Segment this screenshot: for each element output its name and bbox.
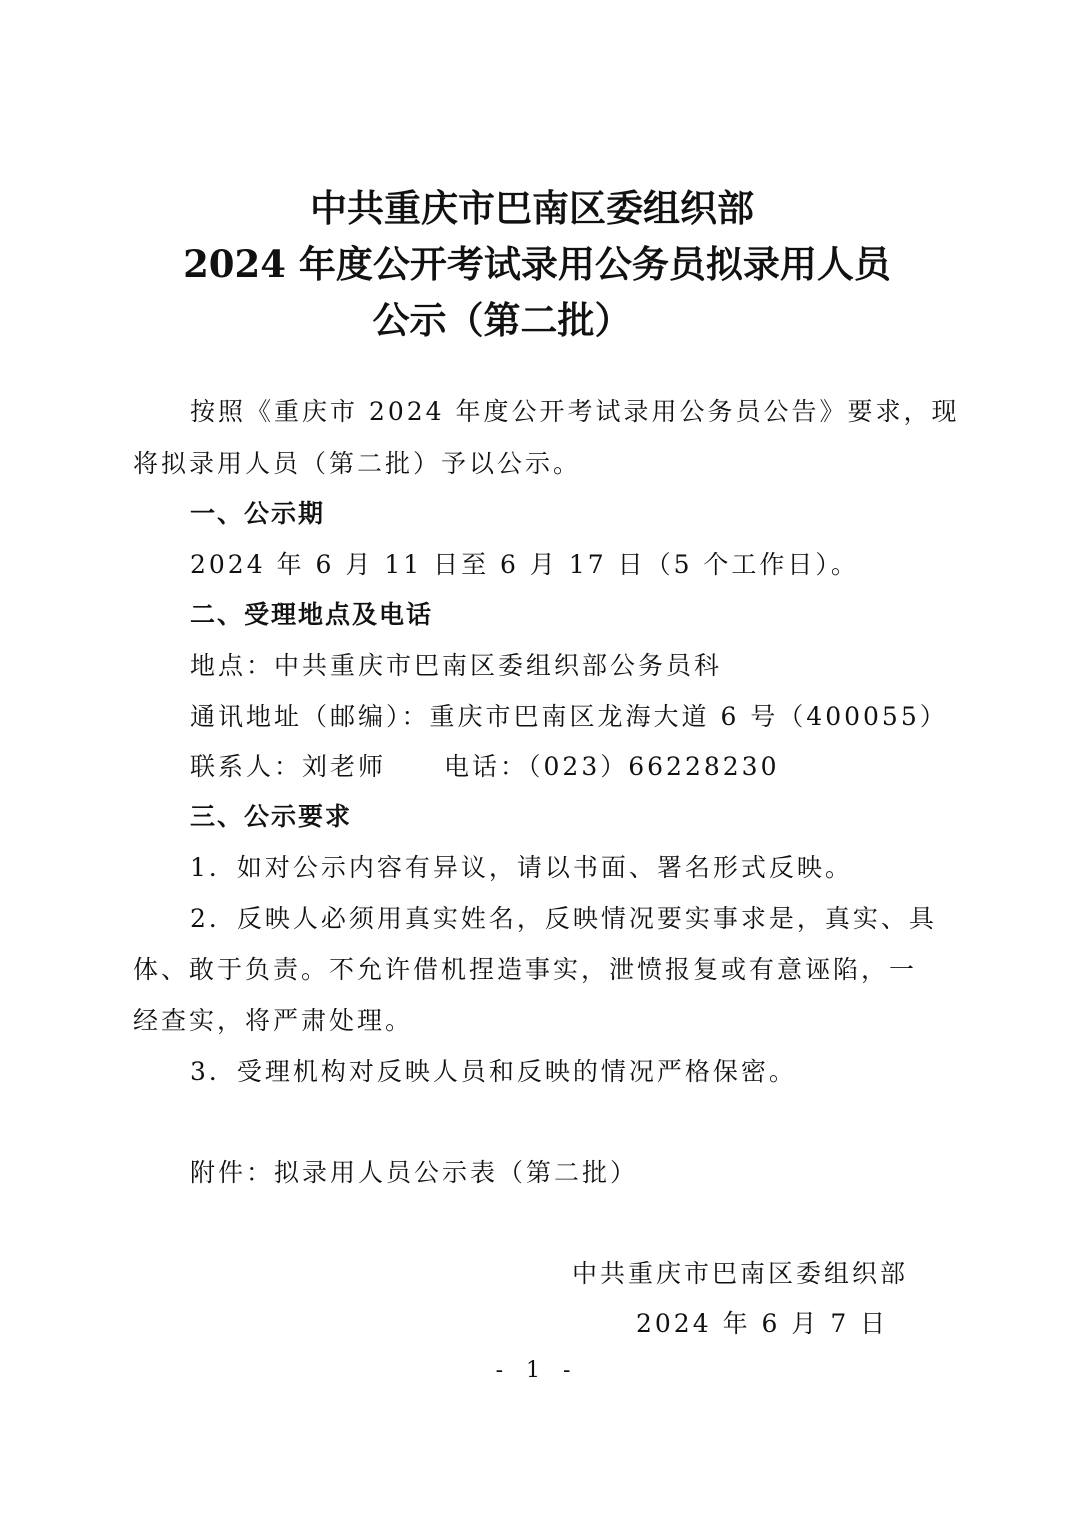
signature-date: 2024 年 6 月 7 日: [636, 1306, 888, 1342]
document-page: 中共重庆市巴南区委组织部 2024 年度公开考试录用公务员拟录用人员 公示（第二…: [0, 0, 1074, 1520]
attachment-note: 附件：拟录用人员公示表（第二批）: [190, 1155, 638, 1191]
phone-number: 电话：（023）66228230: [444, 752, 779, 781]
contact-line: 联系人：刘老师电话：（023）66228230: [190, 749, 779, 785]
document-title: 中共重庆市巴南区委组织部 2024 年度公开考试录用公务员拟录用人员 公示（第二…: [0, 180, 1074, 348]
address-text: 通讯地址（邮编）：重庆市巴南区龙海大道 6 号（400055）: [190, 699, 948, 735]
section-1-heading: 一、公示期: [190, 496, 325, 532]
section-2-heading: 二、受理地点及电话: [190, 597, 433, 633]
requirement-3: 3．受理机构对反映人员和反映的情况严格保密。: [190, 1054, 797, 1090]
page-number: - 1 -: [0, 1358, 1074, 1383]
signature-org: 中共重庆市巴南区委组织部: [572, 1256, 908, 1292]
location-text: 地点：中共重庆市巴南区委组织部公务员科: [190, 648, 722, 684]
intro-line-2: 将拟录用人员（第二批）予以公示。: [133, 446, 581, 482]
requirement-2-line-2: 体、敢于负责。不允许借机捏造事实，泄愤报复或有意诬陷，一: [133, 952, 917, 988]
title-line-2: 2024 年度公开考试录用公务员拟录用人员: [0, 236, 1074, 292]
title-line-1: 中共重庆市巴南区委组织部: [0, 180, 1074, 236]
requirement-1: 1．如对公示内容有异议，请以书面、署名形式反映。: [190, 850, 853, 886]
title-line-3: 公示（第二批）: [0, 292, 1074, 348]
intro-line-1: 按照《重庆市 2024 年度公开考试录用公务员公告》要求，现: [190, 394, 960, 430]
section-3-heading: 三、公示要求: [190, 799, 352, 835]
requirement-2-line-1: 2．反映人必须用真实姓名，反映情况要实事求是，真实、具: [190, 901, 937, 937]
requirement-2-line-3: 经查实，将严肃处理。: [133, 1003, 413, 1039]
publicity-period: 2024 年 6 月 11 日至 6 月 17 日（5 个工作日）。: [190, 547, 859, 583]
contact-person: 联系人：刘老师: [190, 752, 386, 781]
